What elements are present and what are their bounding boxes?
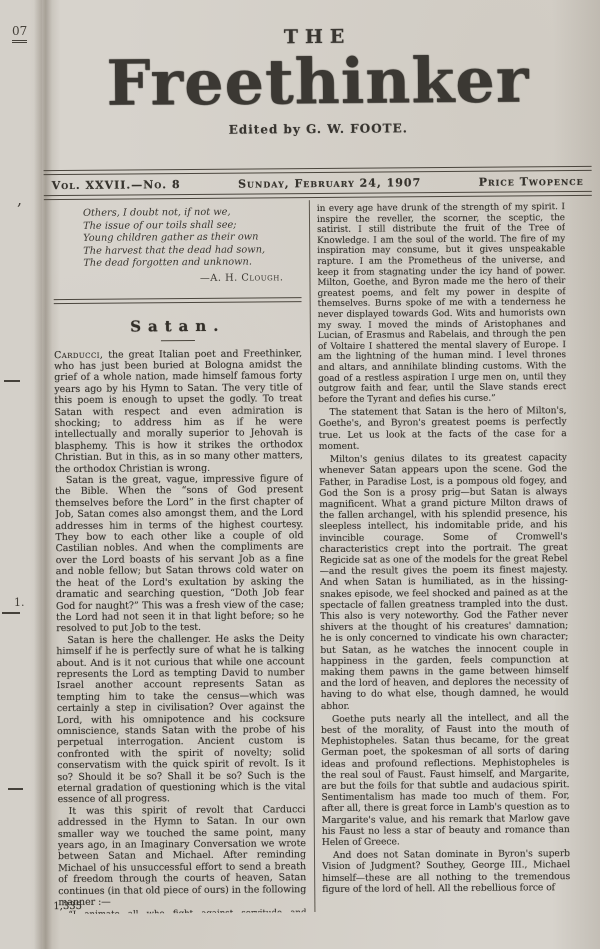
epigraph-attribution: —A. H. Clough. (83, 272, 301, 286)
section-rule (54, 297, 302, 304)
margin-dash (2, 612, 20, 614)
paragraph-text: the great Italian poet and Freethinker, … (54, 348, 303, 475)
volume-number: Vol. XXVII.—No. 8 (52, 178, 181, 192)
article-paragraph: The statement that Satan is the hero of … (318, 405, 566, 452)
page-content: THE Freethinker Edited by G. W. FOOTE. V… (38, 0, 600, 949)
epigraph-line: The dead forgotten and unknown. (83, 257, 301, 271)
left-column: Others, I doubt not, if not we, The issu… (53, 200, 307, 914)
dateline-bar: Vol. XXVII.—No. 8 Sunday, February 24, 1… (44, 166, 592, 200)
quotation-start: “I animate all who fight against servitu… (58, 909, 306, 914)
article-columns: Others, I doubt not, if not we, The issu… (53, 198, 571, 914)
column-divider-rule (309, 200, 316, 912)
right-column: in every age have drunk of the strength … (317, 198, 571, 912)
scanned-newspaper-page: 07 , 1. THE Freethinker Edited by G. W. … (0, 0, 600, 949)
article-paragraph: Satan is here the challenger. He asks th… (56, 633, 305, 806)
margin-mark: , (17, 190, 22, 209)
article-paragraph: Milton's genius dilates to its greatest … (319, 452, 569, 712)
lead-word: Carducci, (54, 349, 103, 360)
article-paragraph: Satan is the great, vague, impressive fi… (55, 473, 304, 635)
price: Price Twopence (479, 175, 584, 189)
margin-dash (8, 788, 23, 790)
previous-page-number-fragment: 07 (12, 24, 27, 43)
publication-title: Freethinker (39, 48, 597, 116)
margin-mark: 1. (14, 596, 25, 609)
article-paragraph: And does not Satan dominate in Byron's s… (322, 848, 570, 895)
title-underline-rule (161, 340, 195, 341)
margin-dash (4, 380, 20, 382)
issue-whole-number: 1,335 (53, 901, 82, 912)
epigraph: Others, I doubt not, if not we, The issu… (53, 200, 302, 291)
article-paragraph: It was this spirit of revolt that Carduc… (58, 804, 307, 909)
article-paragraph: Goethe puts nearly all the intellect, an… (321, 712, 570, 848)
issue-date: Sunday, February 24, 1907 (238, 176, 421, 190)
masthead: THE Freethinker Edited by G. W. FOOTE. (38, 24, 597, 138)
quotation-continuation: in every age have drunk of the strength … (317, 202, 567, 405)
editor-line: Edited by G. W. FOOTE. (39, 120, 597, 138)
article-title: Satan. (54, 316, 302, 336)
previous-page-edge: 07 , 1. (0, 0, 42, 949)
article-paragraph: Carducci, the great Italian poet and Fre… (54, 348, 303, 475)
